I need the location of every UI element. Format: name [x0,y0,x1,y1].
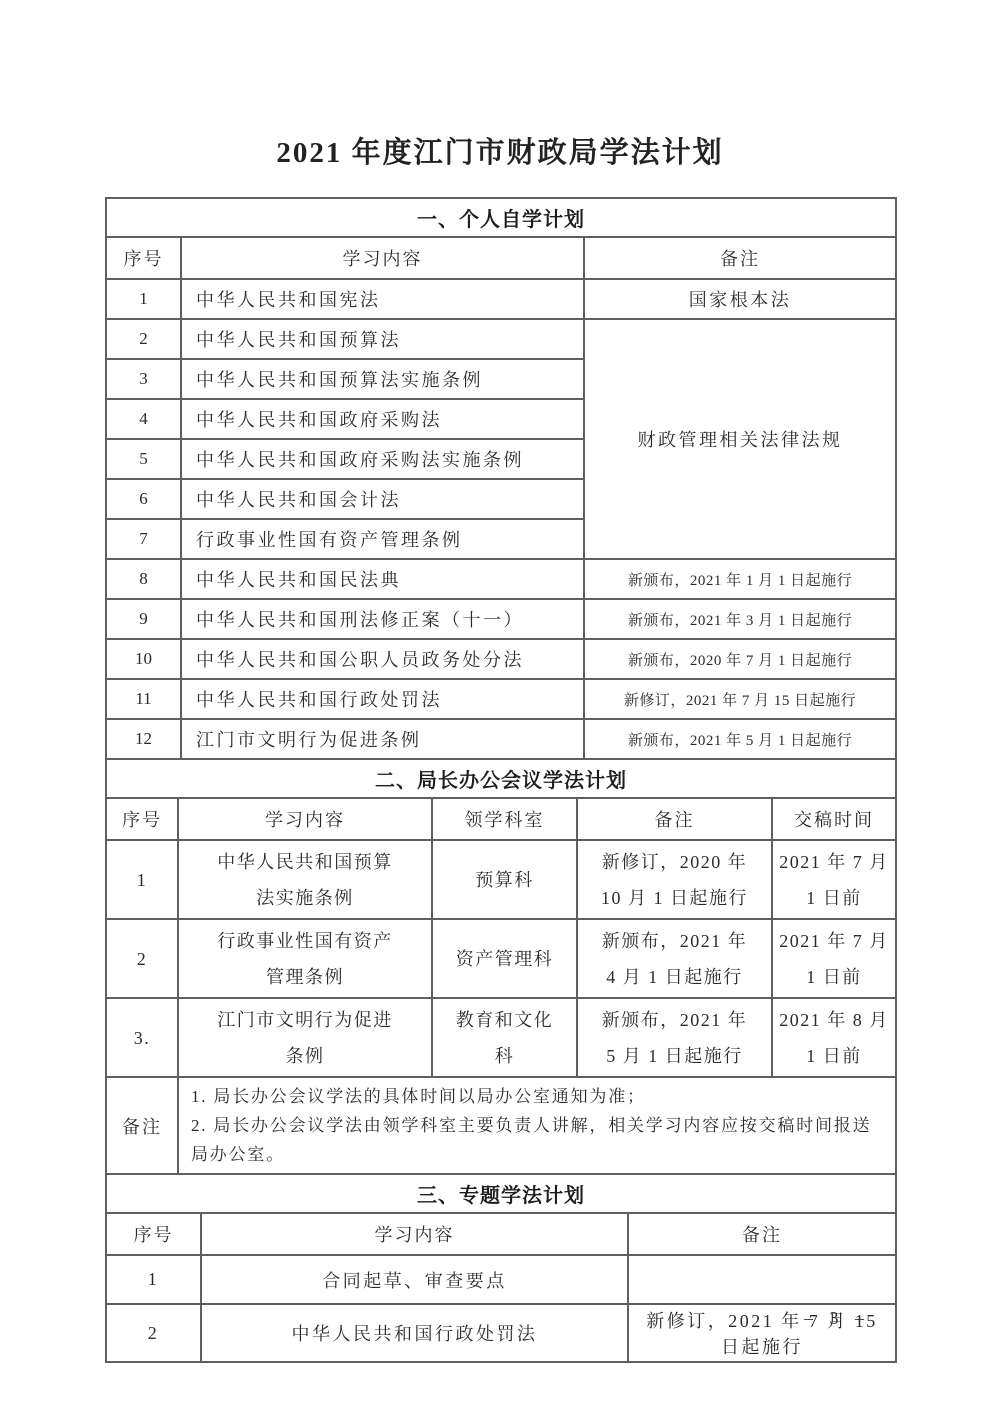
row-note: 国家根本法 [584,279,896,319]
col-header-deadline: 交稿时间 [772,798,896,840]
row-no: 7 [106,519,181,559]
table-row: 8 中华人民共和国民法典 新颁布，2021 年 1 月 1 日起施行 [106,559,896,599]
table-row: 9 中华人民共和国刑法修正案（十一） 新颁布，2021 年 3 月 1 日起施行 [106,599,896,639]
row-no: 3 [106,359,181,399]
document-page: { "page": { "title": "2021 年度江门市财政局学法计划"… [0,0,1000,1414]
row-no: 9 [106,599,181,639]
col-header-note: 备注 [628,1213,896,1255]
row-deadline: 2021 年 8 月 1 日前 [772,998,896,1077]
row-no: 6 [106,479,181,519]
section2-table: 二、局长办公会议学法计划 序号 学习内容 领学科室 备注 交稿时间 1 中华人民… [105,758,897,1175]
row-no: 1 [106,279,181,319]
table-row: 1 中华人民共和国宪法 国家根本法 [106,279,896,319]
row-content: 中华人民共和国宪法 [181,279,584,319]
remark-row: 备注 1. 局长办公会议学法的具体时间以局办公室通知为准； 2. 局长办公会议学… [106,1077,896,1174]
row-content: 中华人民共和国行政处罚法 [181,679,584,719]
row-no: 8 [106,559,181,599]
col-header-note: 备注 [577,798,772,840]
row-note: 新颁布，2020 年 7 月 1 日起施行 [584,639,896,679]
row-no: 2 [106,1304,201,1362]
section3-title-row: 三、专题学法计划 [106,1174,896,1213]
row-note: 新修订，2021 年 7 月 15 日起施行 [584,679,896,719]
row-note: 新颁布，2021 年 3 月 1 日起施行 [584,599,896,639]
remark-line-1: 1. 局长办公会议学法的具体时间以局办公室通知为准； [191,1082,885,1111]
section3-table: 三、专题学法计划 序号 学习内容 备注 1 合同起草、审查要点 2 中华人民共和… [105,1173,897,1363]
table-row: 2 行政事业性国有资产 管理条例 资产管理科 新颁布，2021 年 4 月 1 … [106,919,896,998]
section1-title: 一、个人自学计划 [106,198,896,237]
table-row: 1 中华人民共和国预算 法实施条例 预算科 新修订，2020 年 10 月 1 … [106,840,896,919]
merged-note-cell: 财政管理相关法律法规 [584,319,896,559]
row-content: 行政事业性国有资产管理条例 [181,519,584,559]
row-content: 合同起草、审查要点 [201,1255,628,1304]
col-header-no: 序号 [106,798,178,840]
row-note: 新颁布，2021 年 4 月 1 日起施行 [577,919,772,998]
row-no: 2 [106,319,181,359]
row-no: 5 [106,439,181,479]
row-content: 中华人民共和国预算 法实施条例 [178,840,432,919]
row-content: 中华人民共和国政府采购法 [181,399,584,439]
row-content: 中华人民共和国预算法实施条例 [181,359,584,399]
remark-label: 备注 [106,1077,178,1174]
row-dept: 预算科 [432,840,577,919]
section2-title: 二、局长办公会议学法计划 [106,759,896,798]
col-header-content: 学习内容 [201,1213,628,1255]
col-header-note: 备注 [584,237,896,279]
row-dept: 资产管理科 [432,919,577,998]
row-deadline: 2021 年 7 月 1 日前 [772,840,896,919]
section2-header-row: 序号 学习内容 领学科室 备注 交稿时间 [106,798,896,840]
section2-title-row: 二、局长办公会议学法计划 [106,759,896,798]
row-content: 江门市文明行为促进 条例 [178,998,432,1077]
section1-table: 一、个人自学计划 序号 学习内容 备注 1 中华人民共和国宪法 国家根本法 2 … [105,197,897,760]
row-no: 4 [106,399,181,439]
row-note: 新修订，2020 年 10 月 1 日起施行 [577,840,772,919]
row-content: 中华人民共和国行政处罚法 [201,1304,628,1362]
section1-title-row: 一、个人自学计划 [106,198,896,237]
table-row: 1 合同起草、审查要点 [106,1255,896,1304]
table-row: 2 中华人民共和国预算法 财政管理相关法律法规 [106,319,896,359]
col-header-dept: 领学科室 [432,798,577,840]
table-row: 10 中华人民共和国公职人员政务处分法 新颁布，2020 年 7 月 1 日起施… [106,639,896,679]
row-deadline: 2021 年 7 月 1 日前 [772,919,896,998]
row-no: 3. [106,998,178,1077]
page-number: – 3 – [804,1308,870,1329]
table-row: 3. 江门市文明行为促进 条例 教育和文化 科 新颁布，2021 年 5 月 1… [106,998,896,1077]
table-row: 12 江门市文明行为促进条例 新颁布，2021 年 5 月 1 日起施行 [106,719,896,759]
col-header-no: 序号 [106,1213,201,1255]
row-content: 行政事业性国有资产 管理条例 [178,919,432,998]
row-no: 10 [106,639,181,679]
row-content: 中华人民共和国会计法 [181,479,584,519]
table-row: 11 中华人民共和国行政处罚法 新修订，2021 年 7 月 15 日起施行 [106,679,896,719]
section1-header-row: 序号 学习内容 备注 [106,237,896,279]
row-content: 江门市文明行为促进条例 [181,719,584,759]
row-note: 新颁布，2021 年 5 月 1 日起施行 [577,998,772,1077]
row-no: 1 [106,1255,201,1304]
col-header-no: 序号 [106,237,181,279]
row-content: 中华人民共和国民法典 [181,559,584,599]
row-content: 中华人民共和国政府采购法实施条例 [181,439,584,479]
study-plan-tables: 一、个人自学计划 序号 学习内容 备注 1 中华人民共和国宪法 国家根本法 2 … [105,197,895,1363]
table-row: 2 中华人民共和国行政处罚法 新修订，2021 年 7 月 15 日起施行 [106,1304,896,1362]
section3-header-row: 序号 学习内容 备注 [106,1213,896,1255]
row-note: 新颁布，2021 年 5 月 1 日起施行 [584,719,896,759]
col-header-content: 学习内容 [178,798,432,840]
section3-title: 三、专题学法计划 [106,1174,896,1213]
row-no: 11 [106,679,181,719]
row-note [628,1255,896,1304]
row-content: 中华人民共和国刑法修正案（十一） [181,599,584,639]
row-dept: 教育和文化 科 [432,998,577,1077]
row-content: 中华人民共和国预算法 [181,319,584,359]
row-no: 12 [106,719,181,759]
page-title: 2021 年度江门市财政局学法计划 [0,0,1000,171]
row-no: 2 [106,919,178,998]
remark-line-2: 2. 局长办公会议学法由领学科室主要负责人讲解，相关学习内容应按交稿时间报送局办… [191,1111,885,1169]
remark-text: 1. 局长办公会议学法的具体时间以局办公室通知为准； 2. 局长办公会议学法由领… [178,1077,896,1174]
row-note: 新颁布，2021 年 1 月 1 日起施行 [584,559,896,599]
row-content: 中华人民共和国公职人员政务处分法 [181,639,584,679]
col-header-content: 学习内容 [181,237,584,279]
row-no: 1 [106,840,178,919]
